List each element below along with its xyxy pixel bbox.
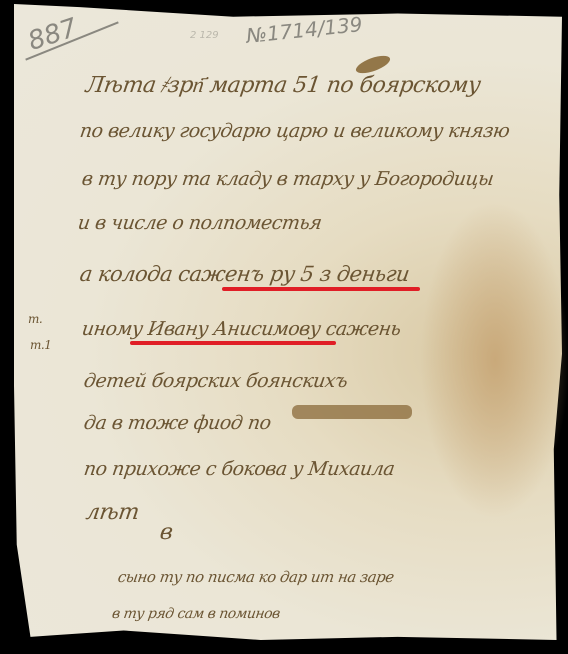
text-line: да в тоже фиод по — [82, 412, 272, 434]
text-line: по прихоже с бокова у Михаила — [82, 458, 395, 480]
red-underline — [130, 341, 336, 345]
text-line: в ту ряд сам в поминов — [111, 606, 281, 622]
water-stain — [420, 200, 568, 520]
text-line: Лѣта ҂зрп҃ марта 51 по боярскому — [84, 72, 482, 98]
text-line: и в числе о полпоместья — [76, 212, 323, 234]
text-line: детей боярских боянскихъ — [82, 370, 348, 392]
text-line: по велику государю царю и великому князю — [78, 120, 510, 142]
text-line: сыно ту по писма ко дар ит на заре — [117, 568, 395, 586]
faint-mark: 2 129 — [190, 30, 219, 41]
text-line: в ту пору та кладу в тарху у Богородицы — [80, 168, 494, 190]
text-line: лѣт — [84, 500, 140, 525]
text-line: иному Ивану Анисимову сажень — [80, 318, 402, 340]
red-underline — [222, 287, 420, 291]
text-line: а колода саженъ ру 5 з деньги — [78, 262, 410, 286]
margin-note: т.1 — [30, 338, 51, 352]
margin-note: т. — [28, 312, 42, 326]
crossed-out-word — [292, 405, 412, 419]
